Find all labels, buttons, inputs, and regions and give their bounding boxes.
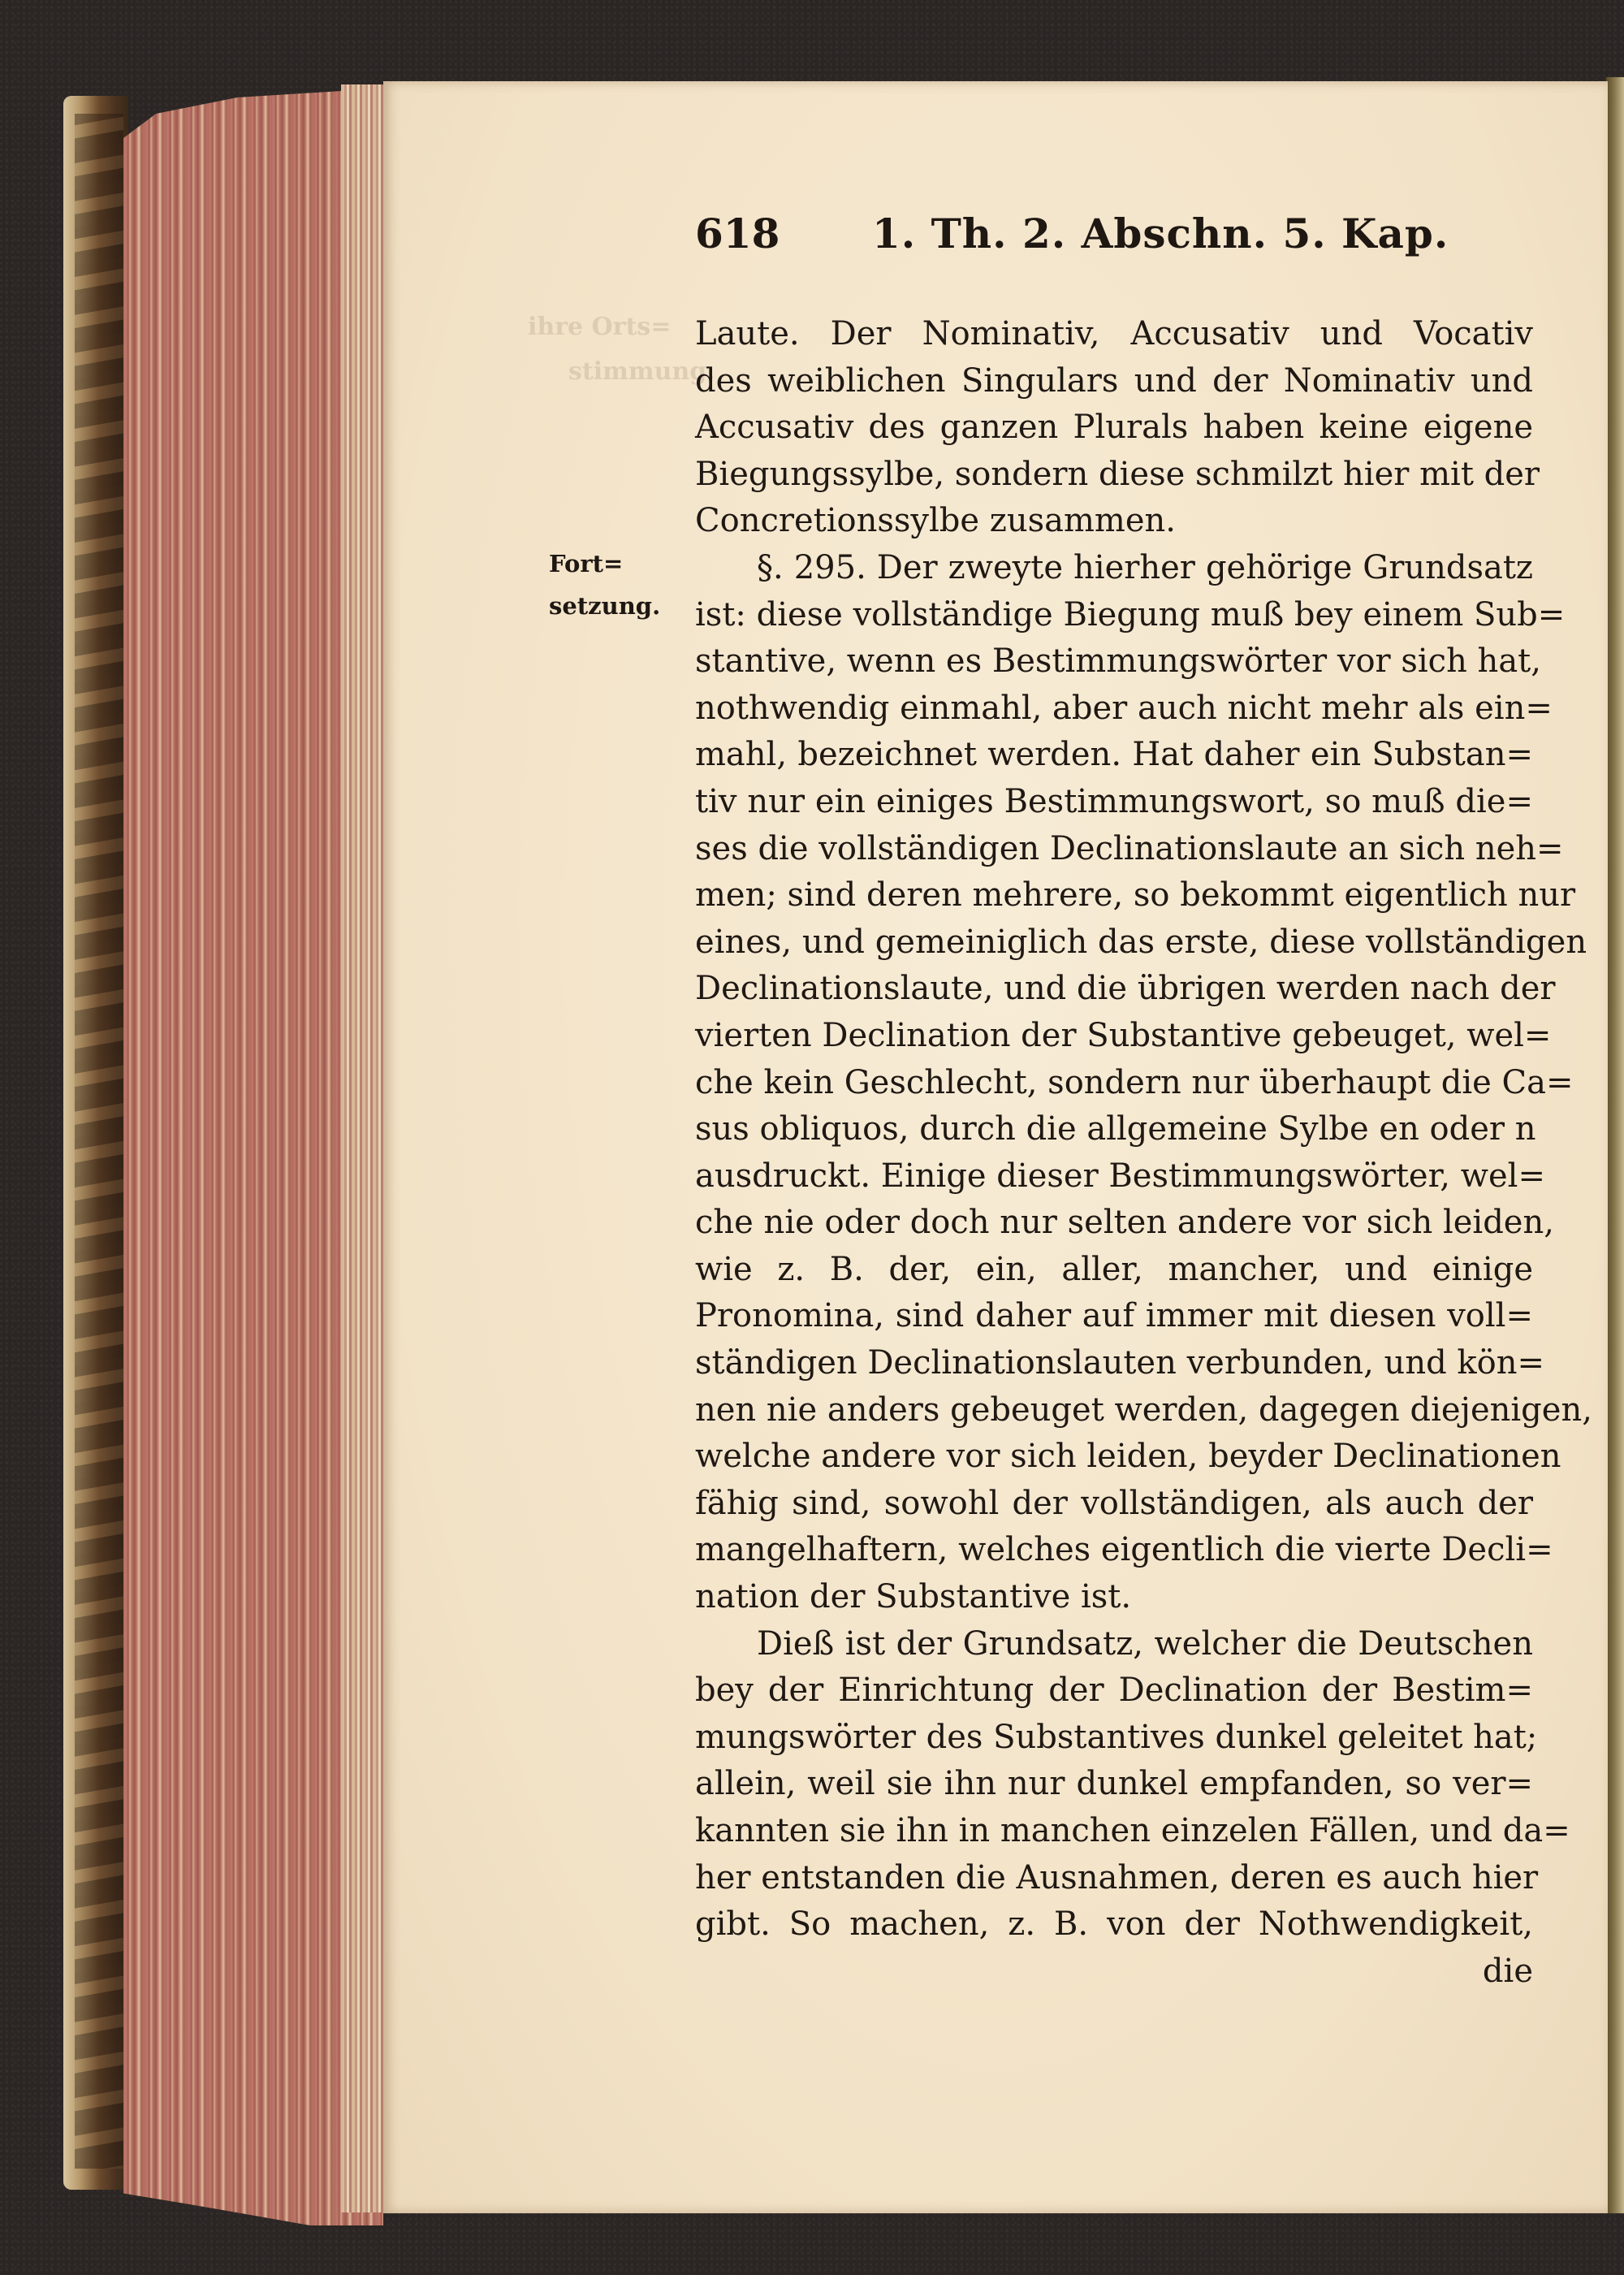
text-line: ausdruckt. Einige dieser Bestimmungswört… xyxy=(695,1153,1533,1200)
text-line: nation der Substantive ist. xyxy=(695,1574,1533,1621)
margin-note-line-1: Fort= xyxy=(549,543,663,585)
paragraph-start-line: Dieß ist der Grundsatz, welcher die Deut… xyxy=(695,1621,1533,1668)
margin-note-line-2: setzung. xyxy=(549,585,663,627)
running-header: 618 1. Th. 2. Abschn. 5. Kap. xyxy=(695,210,1548,266)
text-line: Accusativ des ganzen Plurals haben keine… xyxy=(695,404,1533,452)
text-line: Biegungssylbe, sondern diese schmilzt hi… xyxy=(695,452,1533,499)
text-line: fähig sind, sowohl der vollständigen, al… xyxy=(695,1481,1533,1528)
page-block-inner-edge xyxy=(341,84,386,2212)
text-line: nen nie anders gebeuget werden, dagegen … xyxy=(695,1387,1533,1434)
text-line: Pronomina, sind daher auf immer mit dies… xyxy=(695,1293,1533,1340)
text-line: mahl, bezeichnet werden. Hat daher ein S… xyxy=(695,732,1533,779)
running-head-title: 1. Th. 2. Abschn. 5. Kap. xyxy=(872,210,1449,257)
text-line: ses die vollständigen Declinationslaute … xyxy=(695,826,1533,873)
text-line: vierten Declination der Substantive gebe… xyxy=(695,1013,1533,1060)
text-line: nothwendig einmahl, aber auch nicht mehr… xyxy=(695,686,1533,733)
text-line: sus obliquos, durch die allgemeine Sylbe… xyxy=(695,1106,1533,1153)
text-line: eines, und gemeiniglich das erste, diese… xyxy=(695,919,1533,967)
text-line: her entstanden die Ausnahmen, deren es a… xyxy=(695,1855,1533,1902)
text-line: stantive, wenn es Bestimmungswörter vor … xyxy=(695,638,1533,686)
text-line: mungswörter des Substantives dunkel gele… xyxy=(695,1715,1533,1762)
text-line: welche andere vor sich leiden, beyder De… xyxy=(695,1434,1533,1481)
text-line: des weiblichen Singulars und der Nominat… xyxy=(695,358,1533,405)
text-line: Laute. Der Nominativ, Accusativ und Voca… xyxy=(695,311,1533,358)
text-line: che kein Geschlecht, sondern nur überhau… xyxy=(695,1060,1533,1107)
text-line: wie z. B. der, ein, aller, mancher, und … xyxy=(695,1247,1533,1294)
show-through-text-2: stimmung. xyxy=(568,357,715,386)
text-line: mangelhaftern, welches eigentlich die vi… xyxy=(695,1527,1533,1574)
text-line: kannten sie ihn in manchen einzelen Fäll… xyxy=(695,1808,1533,1855)
marbled-cover xyxy=(75,114,123,2169)
text-line: tiv nur ein einiges Bestimmungswort, so … xyxy=(695,779,1533,826)
text-line: allein, weil sie ihn nur dunkel empfande… xyxy=(695,1761,1533,1808)
body-text: Laute. Der Nominativ, Accusativ und Voca… xyxy=(695,311,1533,1995)
text-line: ist: diese vollständige Biegung muß bey … xyxy=(695,592,1533,639)
text-line: Declinationslaute, und die übrigen werde… xyxy=(695,966,1533,1013)
page-number: 618 xyxy=(695,210,780,257)
margin-note: Fort= setzung. xyxy=(549,543,663,627)
text-line: gibt. So machen, z. B. von der Nothwendi… xyxy=(695,1901,1533,1948)
text-line: Concretionssylbe zusammen. xyxy=(695,498,1533,545)
text-line: men; sind deren mehrere, so bekommt eige… xyxy=(695,872,1533,919)
text-line: bey der Einrichtung der Declination der … xyxy=(695,1667,1533,1715)
catchword: die xyxy=(695,1948,1533,1996)
book-gutter-edge xyxy=(1606,77,1624,2213)
section-heading-line: §. 295. Der zweyte hierher gehörige Grun… xyxy=(695,545,1533,592)
text-line: che nie oder doch nur selten andere vor … xyxy=(695,1200,1533,1247)
text-line: ständigen Declinationslauten verbunden, … xyxy=(695,1340,1533,1387)
show-through-text-1: ihre Orts= xyxy=(528,313,671,341)
